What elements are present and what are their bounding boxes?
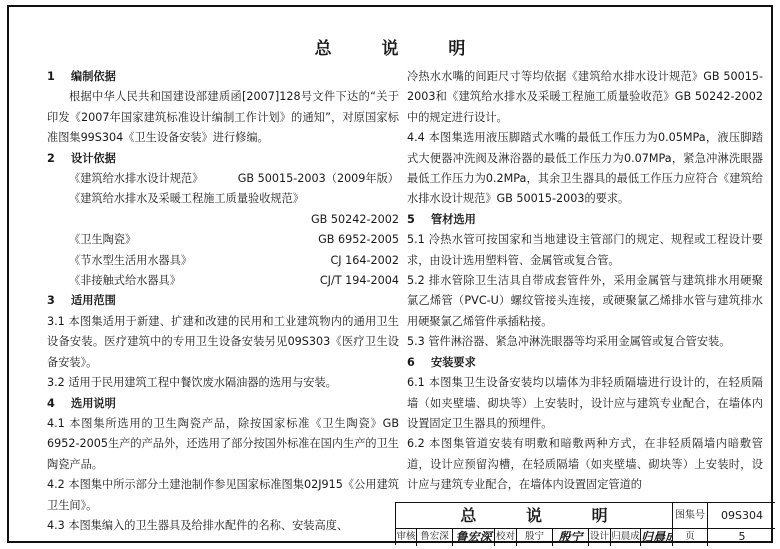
- clause-4-1: 4.1 本图集所选用的卫生陶瓷产品，除按国家标准《卫生陶瓷》GB 6952-20…: [47, 414, 399, 475]
- atlas-number-value: 09S304: [707, 503, 776, 528]
- clause-4-4: 4.4 本图集选用液压脚踏式水嘴的最低工作压力为0.05MPa，液压脚踏式大便器…: [407, 128, 763, 210]
- page-title: 总 说 明: [0, 34, 780, 59]
- page-label: 页: [672, 528, 707, 546]
- section-heading-6: 6安装要求: [407, 353, 763, 373]
- title-block-row-top: 总 说 明 图集号 09S304: [396, 503, 775, 529]
- reference-row: GB 50242-2002: [47, 210, 399, 230]
- designer-name: 归晨成: [610, 528, 640, 546]
- clause-4-3-continued: 冷热水水嘴的间距尺寸等均依据《建筑给水排水设计规范》GB 50015-2003和…: [407, 67, 763, 128]
- review-label: 审核: [396, 528, 416, 546]
- page-number: 5: [707, 528, 776, 546]
- reference-row: 《建筑给水排水及采暖工程施工质量验收规范》: [47, 189, 399, 209]
- section-heading-2: 2设计依据: [47, 149, 399, 169]
- clause-3-1: 3.1 本图集适用于新建、扩建和改建的民用和工业建筑物内的通用卫生设备安装。医疗…: [47, 312, 399, 373]
- design-label: 设计: [588, 528, 610, 546]
- clause-4-2: 4.2 本图集中所示部分土建池制作参见国家标准图集02J915《公用建筑卫生间》…: [47, 475, 399, 516]
- clause-5-1: 5.1 冷热水管可按国家和当地建设主管部门的规定、规程或工程设计要求，由设计选用…: [407, 230, 763, 271]
- section-heading-5: 5管材选用: [407, 210, 763, 230]
- clause-6-2: 6.2 本图集管道安装有明敷和暗敷两种方式，在非轻质隔墙内暗敷管道，设计应预留沟…: [407, 434, 763, 495]
- clause-4-3: 4.3 本图集编入的卫生器具及给排水配件的名称、安装高度、: [47, 516, 399, 536]
- section-heading-4: 4选用说明: [47, 394, 399, 414]
- clause-5-2: 5.2 排水管除卫生洁具自带成套管件外，采用金属管与建筑排水用硬聚氯乙烯管（PV…: [407, 271, 763, 332]
- reference-row: 《非接触式给水器具》CJ/T 194-2004: [47, 271, 399, 291]
- check-label: 校对: [494, 528, 516, 546]
- reviewer-name: 鲁宏深: [416, 528, 452, 546]
- designer-signature: 归晨成: [640, 528, 672, 546]
- reviewer-signature: 鲁宏深: [452, 528, 494, 546]
- left-column: 1编制依据 根据中华人民共和国建设部建质函[2007]128号文件下达的“关于印…: [47, 67, 399, 536]
- title-block-row-bottom: 审核 鲁宏深 鲁宏深 校对 殷宁 殷宁 设计 归晨成 归晨成 页 5: [396, 528, 775, 546]
- title-block: 总 说 明 图集号 09S304 审核 鲁宏深 鲁宏深 校对 殷宁 殷宁 设计 …: [395, 502, 775, 545]
- title-block-title: 总 说 明: [396, 503, 672, 528]
- section-heading-3: 3适用范围: [47, 291, 399, 311]
- clause-5-3: 5.3 管件淋浴器、紧急冲淋洗眼器等均采用金属管或复合管安装。: [407, 332, 763, 352]
- clause-3-2: 3.2 适用于民用建筑工程中餐饮废水隔油器的选用与安装。: [47, 373, 399, 393]
- reference-row: 《建筑给水排水设计规范》GB 50015-2003（2009年版）: [47, 169, 399, 189]
- reference-row: 《卫生陶瓷》GB 6952-2005: [47, 230, 399, 250]
- right-column: 冷热水水嘴的间距尺寸等均依据《建筑给水排水设计规范》GB 50015-2003和…: [407, 67, 763, 496]
- section-1-para: 根据中华人民共和国建设部建质函[2007]128号文件下达的“关于印发《2007…: [47, 87, 399, 148]
- section-heading-1: 1编制依据: [47, 67, 399, 87]
- checker-name: 殷宁: [516, 528, 552, 546]
- clause-6-1: 6.1 本图集卫生设备安装均以墙体为非轻质隔墙进行设计的，在轻质隔墙（如夹壁墙、…: [407, 373, 763, 434]
- checker-signature: 殷宁: [552, 528, 588, 546]
- reference-row: 《节水型生活用水器具》CJ 164-2002: [47, 251, 399, 271]
- atlas-number-label: 图集号: [672, 503, 707, 528]
